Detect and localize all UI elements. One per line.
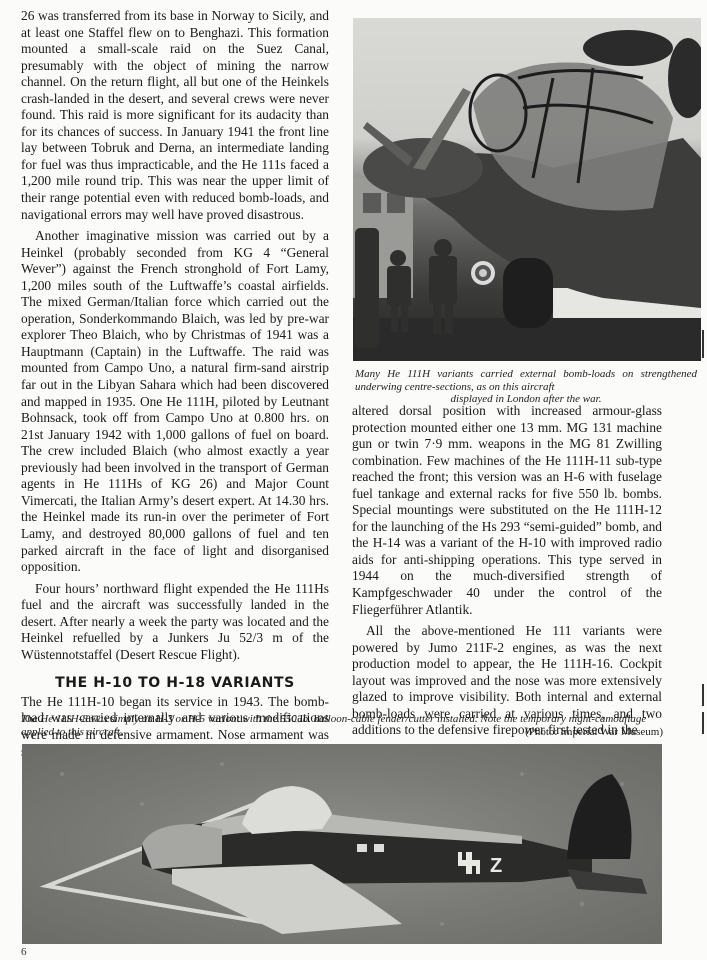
- photo-he111h8-fender: Z: [22, 744, 662, 944]
- page-number: 6: [21, 946, 27, 958]
- left-paragraph-2: Another imaginative mission was carried …: [21, 228, 329, 575]
- margin-mark: [702, 684, 704, 706]
- aircraft-fender-illustration: Z: [22, 744, 662, 944]
- photo-he111-nose: [353, 18, 701, 361]
- left-text-column: 26 was transferred from its base in Norw…: [21, 8, 329, 760]
- margin-mark: [702, 712, 704, 734]
- right-text-column: altered dorsal position with increased a…: [352, 403, 662, 739]
- photo-bottom-caption: The He 111H-8 was simply an H-3 or H-5 v…: [21, 713, 663, 738]
- photo-top-caption-main: Many He 111H variants carried external b…: [355, 368, 697, 393]
- photo-credit: (Photo: Imperial War Museum): [525, 726, 663, 739]
- photo-top-caption: Many He 111H variants carried external b…: [355, 368, 697, 406]
- left-paragraph-3: Four hours’ northward flight expended th…: [21, 581, 329, 664]
- left-paragraph-1: 26 was transferred from its base in Norw…: [21, 8, 329, 223]
- aircraft-nose-illustration: [353, 18, 701, 361]
- fuselage-code: Z: [490, 855, 502, 877]
- right-paragraph-1: altered dorsal position with increased a…: [352, 403, 662, 618]
- section-heading: THE H-10 TO H-18 VARIANTS: [21, 675, 329, 692]
- margin-mark: [702, 330, 704, 358]
